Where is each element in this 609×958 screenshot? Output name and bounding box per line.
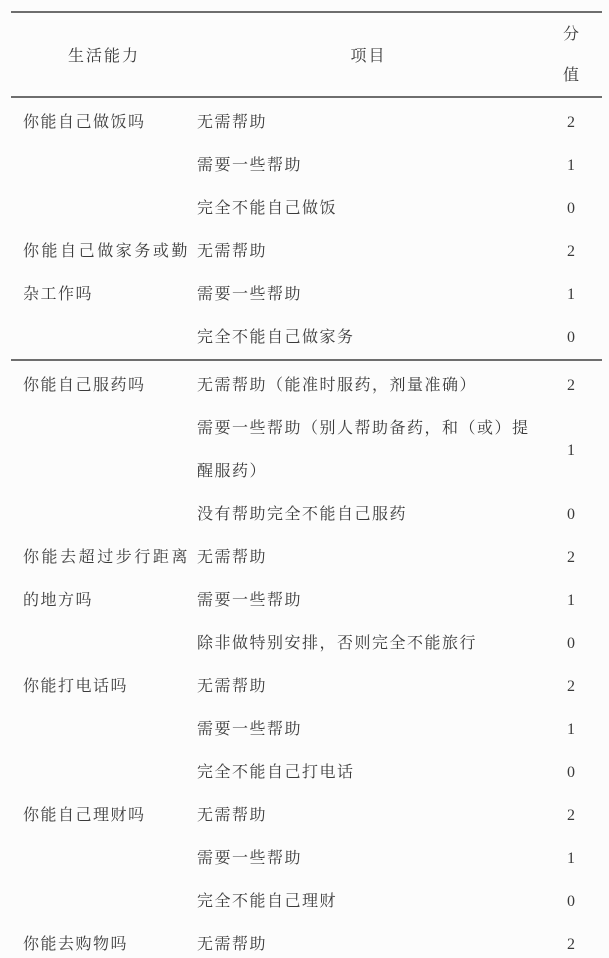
item-cell: 无需帮助: [197, 923, 540, 958]
option-row: 无需帮助 2: [197, 536, 602, 579]
table-section-2: 你能自己服药吗 无需帮助（能准时服药，剂量准确） 2 需要一些帮助（别人帮助备药…: [11, 361, 602, 958]
options-list: 无需帮助（能准时服药，剂量准确） 2 需要一些帮助（别人帮助备药，和（或）提醒服…: [197, 364, 602, 536]
option-row: 完全不能自己打电话 0: [197, 751, 602, 794]
option-row: 需要一些帮助（别人帮助备药，和（或）提醒服药） 1: [197, 407, 602, 493]
item-cell: 无需帮助: [197, 665, 540, 708]
score-cell: 1: [540, 837, 602, 880]
option-row: 无需帮助（能准时服药，剂量准确） 2: [197, 364, 602, 407]
ability-cell: 你能自己做家务或勤杂工作吗: [11, 230, 197, 316]
score-cell: 1: [540, 429, 602, 472]
header-score-line1: 分: [540, 14, 602, 55]
options-list: 无需帮助 2 需要一些帮助 1 完全不能自己理财 0: [197, 794, 602, 923]
item-cell: 无需帮助: [197, 101, 540, 144]
options-list: 无需帮助 2 需要一些帮助 1 完全不能自己做家务 0: [197, 230, 602, 359]
option-row: 完全不能自己做饭 0: [197, 187, 602, 230]
group-shopping: 你能去购物吗 无需帮助 2: [11, 923, 602, 958]
item-cell: 完全不能自己做家务: [197, 316, 540, 359]
score-cell: 0: [540, 493, 602, 536]
header-item: 项目: [197, 43, 540, 66]
item-cell: 没有帮助完全不能自己服药: [197, 493, 540, 536]
score-cell: 2: [540, 101, 602, 144]
score-cell: 1: [540, 144, 602, 187]
score-cell: 0: [540, 316, 602, 359]
score-cell: 2: [540, 923, 602, 958]
group-housework: 你能自己做家务或勤杂工作吗 无需帮助 2 需要一些帮助 1 完全不能自己做家务 …: [11, 230, 602, 359]
item-cell: 除非做特别安排，否则完全不能旅行: [197, 622, 540, 665]
options-list: 无需帮助 2: [197, 923, 602, 958]
item-cell: 需要一些帮助（别人帮助备药，和（或）提醒服药）: [197, 407, 540, 493]
item-cell: 无需帮助: [197, 536, 540, 579]
item-cell: 需要一些帮助: [197, 579, 540, 622]
option-row: 无需帮助 2: [197, 101, 602, 144]
score-cell: 0: [540, 187, 602, 230]
option-row: 无需帮助 2: [197, 794, 602, 837]
item-cell: 需要一些帮助: [197, 708, 540, 751]
score-cell: 1: [540, 273, 602, 316]
score-cell: 0: [540, 880, 602, 923]
options-list: 无需帮助 2 需要一些帮助 1 完全不能自己做饭 0: [197, 101, 602, 230]
score-cell: 2: [540, 364, 602, 407]
option-row: 需要一些帮助 1: [197, 273, 602, 316]
option-row: 无需帮助 2: [197, 230, 602, 273]
option-row: 无需帮助 2: [197, 923, 602, 958]
group-telephone: 你能打电话吗 无需帮助 2 需要一些帮助 1 完全不能自己打电话 0: [11, 665, 602, 794]
item-cell: 需要一些帮助: [197, 144, 540, 187]
score-cell: 2: [540, 230, 602, 273]
ability-cell: 你能打电话吗: [11, 665, 197, 708]
option-row: 除非做特别安排，否则完全不能旅行 0: [197, 622, 602, 665]
option-row: 需要一些帮助 1: [197, 144, 602, 187]
header-score: 分 值: [540, 14, 602, 96]
option-row: 需要一些帮助 1: [197, 837, 602, 880]
ability-assessment-table: 生活能力 项目 分 值 你能自己做饭吗 无需帮助 2 需要一些帮助 1 完全不能…: [11, 11, 602, 958]
group-finances: 你能自己理财吗 无需帮助 2 需要一些帮助 1 完全不能自己理财 0: [11, 794, 602, 923]
item-cell: 完全不能自己做饭: [197, 187, 540, 230]
group-medication: 你能自己服药吗 无需帮助（能准时服药，剂量准确） 2 需要一些帮助（别人帮助备药…: [11, 364, 602, 536]
item-cell: 完全不能自己理财: [197, 880, 540, 923]
item-cell: 无需帮助: [197, 794, 540, 837]
score-cell: 0: [540, 751, 602, 794]
option-row: 完全不能自己做家务 0: [197, 316, 602, 359]
ability-cell: 你能自己服药吗: [11, 364, 197, 407]
group-cooking: 你能自己做饭吗 无需帮助 2 需要一些帮助 1 完全不能自己做饭 0: [11, 101, 602, 230]
options-list: 无需帮助 2 需要一些帮助 1 除非做特别安排，否则完全不能旅行 0: [197, 536, 602, 665]
option-row: 没有帮助完全不能自己服药 0: [197, 493, 602, 536]
score-cell: 2: [540, 665, 602, 708]
item-cell: 需要一些帮助: [197, 837, 540, 880]
table-header-row: 生活能力 项目 分 值: [11, 13, 602, 98]
item-cell: 需要一些帮助: [197, 273, 540, 316]
ability-cell: 你能自己做饭吗: [11, 101, 197, 144]
ability-cell: 你能自己理财吗: [11, 794, 197, 837]
header-score-line2: 值: [540, 55, 602, 96]
table-section-1: 你能自己做饭吗 无需帮助 2 需要一些帮助 1 完全不能自己做饭 0 你能自己做…: [11, 98, 602, 359]
score-cell: 2: [540, 794, 602, 837]
item-cell: 完全不能自己打电话: [197, 751, 540, 794]
score-cell: 0: [540, 622, 602, 665]
score-cell: 1: [540, 579, 602, 622]
option-row: 完全不能自己理财 0: [197, 880, 602, 923]
ability-cell: 你能去超过步行距离的地方吗: [11, 536, 197, 622]
item-cell: 无需帮助: [197, 230, 540, 273]
option-row: 无需帮助 2: [197, 665, 602, 708]
score-cell: 2: [540, 536, 602, 579]
option-row: 需要一些帮助 1: [197, 708, 602, 751]
ability-cell: 你能去购物吗: [11, 923, 197, 958]
group-travel: 你能去超过步行距离的地方吗 无需帮助 2 需要一些帮助 1 除非做特别安排，否则…: [11, 536, 602, 665]
options-list: 无需帮助 2 需要一些帮助 1 完全不能自己打电话 0: [197, 665, 602, 794]
header-ability: 生活能力: [11, 43, 197, 66]
item-cell: 无需帮助（能准时服药，剂量准确）: [197, 364, 540, 407]
score-cell: 1: [540, 708, 602, 751]
option-row: 需要一些帮助 1: [197, 579, 602, 622]
